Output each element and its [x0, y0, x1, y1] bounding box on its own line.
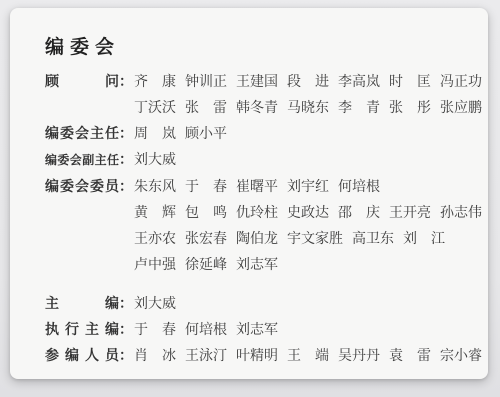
label-colon: ： — [119, 68, 134, 94]
member-name: 张 彤 — [389, 94, 431, 120]
names-group: 于 春何培根刘志军 — [134, 316, 278, 342]
member-name: 张 雷 — [185, 94, 227, 120]
member-name: 于 春 — [185, 173, 227, 199]
section: 参编人员：肖 冰王泳汀叶精明王 端吴丹丹袁 雷宗小睿 — [45, 342, 468, 368]
member-name: 刘 江 — [403, 225, 445, 251]
member-name: 刘大威 — [134, 146, 176, 172]
section-label: 参编人员 — [45, 342, 119, 368]
member-name: 肖 冰 — [134, 342, 176, 368]
names-group: 刘大威 — [134, 146, 176, 172]
member-name: 时 匡 — [389, 68, 431, 94]
section-label: 顾问 — [45, 68, 119, 94]
section: 顾问：齐 康钟训正王建国段 进李高岚时 匡冯正功丁沃沃张 雷韩冬青马晓东李 青张… — [45, 68, 468, 120]
member-name: 段 进 — [287, 68, 329, 94]
member-name: 何培根 — [338, 173, 380, 199]
member-name: 朱东风 — [134, 173, 176, 199]
member-name: 何培根 — [185, 316, 227, 342]
section: 执行主编：于 春何培根刘志军 — [45, 316, 468, 342]
member-name: 王建国 — [236, 68, 278, 94]
section-label: 主编 — [45, 290, 119, 316]
member-name: 冯正功 — [440, 68, 482, 94]
member-name: 陶伯龙 — [236, 225, 278, 251]
member-name: 王 端 — [287, 342, 329, 368]
member-row: 编委会委员：朱东风于 春崔曙平刘宇红何培根 — [45, 173, 468, 199]
member-name: 叶精明 — [236, 342, 278, 368]
member-row: 参编人员：肖 冰王泳汀叶精明王 端吴丹丹袁 雷宗小睿 — [45, 342, 468, 368]
section: 编委会委员：朱东风于 春崔曙平刘宇红何培根黄 辉包 鸣仇玲柱史政达邵 庆王开亮孙… — [45, 173, 468, 277]
member-name: 仇玲柱 — [236, 199, 278, 225]
label-colon: ： — [119, 120, 134, 146]
section: 编委会副主任：刘大威 — [45, 146, 468, 173]
member-name: 包 鸣 — [185, 199, 227, 225]
names-group: 王亦农张宏春陶伯龙宇文家胜高卫东刘 江 — [134, 225, 445, 251]
member-name: 袁 雷 — [389, 342, 431, 368]
member-name: 刘志军 — [236, 316, 278, 342]
member-name: 宇文家胜 — [287, 225, 343, 251]
names-group: 黄 辉包 鸣仇玲柱史政达邵 庆王开亮孙志伟 — [134, 199, 482, 225]
member-name: 钟训正 — [185, 68, 227, 94]
page-title: 编委会 — [45, 32, 468, 59]
member-row: 顾问：齐 康钟训正王建国段 进李高岚时 匡冯正功 — [45, 68, 468, 94]
member-name: 韩冬青 — [236, 94, 278, 120]
member-name: 徐延峰 — [185, 251, 227, 277]
member-name: 王亦农 — [134, 225, 176, 251]
names-group: 肖 冰王泳汀叶精明王 端吴丹丹袁 雷宗小睿 — [134, 342, 482, 368]
member-row: 丁沃沃张 雷韩冬青马晓东李 青张 彤张应鹏 — [45, 94, 468, 120]
sections: 顾问：齐 康钟训正王建国段 进李高岚时 匡冯正功丁沃沃张 雷韩冬青马晓东李 青张… — [45, 68, 468, 368]
label-colon: ： — [119, 342, 134, 368]
member-row: 编委会副主任：刘大威 — [45, 146, 468, 173]
member-name: 李 青 — [338, 94, 380, 120]
member-row: 编委会主任：周 岚顾小平 — [45, 120, 468, 146]
member-row: 卢中强徐延峰刘志军 — [45, 251, 468, 277]
label-colon: ： — [119, 290, 134, 316]
section-label: 执行主编 — [45, 316, 119, 342]
member-row: 主编：刘大威 — [45, 290, 468, 316]
label-colon: ： — [119, 316, 134, 342]
member-name: 丁沃沃 — [134, 94, 176, 120]
names-group: 丁沃沃张 雷韩冬青马晓东李 青张 彤张应鹏 — [134, 94, 482, 120]
names-group: 朱东风于 春崔曙平刘宇红何培根 — [134, 173, 380, 199]
member-row: 执行主编：于 春何培根刘志军 — [45, 316, 468, 342]
member-name: 宗小睿 — [440, 342, 482, 368]
document-card: 编委会 顾问：齐 康钟训正王建国段 进李高岚时 匡冯正功丁沃沃张 雷韩冬青马晓东… — [10, 8, 488, 379]
member-row: 黄 辉包 鸣仇玲柱史政达邵 庆王开亮孙志伟 — [45, 199, 468, 225]
member-name: 张宏春 — [185, 225, 227, 251]
names-group: 周 岚顾小平 — [134, 120, 227, 146]
member-name: 史政达 — [287, 199, 329, 225]
member-name: 于 春 — [134, 316, 176, 342]
member-name: 齐 康 — [134, 68, 176, 94]
member-name: 高卫东 — [352, 225, 394, 251]
member-name: 吴丹丹 — [338, 342, 380, 368]
member-name: 张应鹏 — [440, 94, 482, 120]
section-label: 编委会副主任 — [45, 147, 119, 173]
member-name: 刘宇红 — [287, 173, 329, 199]
member-name: 李高岚 — [338, 68, 380, 94]
member-name: 黄 辉 — [134, 199, 176, 225]
names-group: 齐 康钟训正王建国段 进李高岚时 匡冯正功 — [134, 68, 482, 94]
member-name: 卢中强 — [134, 251, 176, 277]
member-name: 马晓东 — [287, 94, 329, 120]
member-name: 崔曙平 — [236, 173, 278, 199]
label-colon: ： — [119, 146, 134, 172]
section-label: 编委会主任 — [45, 120, 119, 146]
member-name: 刘志军 — [236, 251, 278, 277]
member-row: 王亦农张宏春陶伯龙宇文家胜高卫东刘 江 — [45, 225, 468, 251]
label-colon: ： — [119, 173, 134, 199]
section: 编委会主任：周 岚顾小平 — [45, 120, 468, 146]
section-label: 编委会委员 — [45, 173, 119, 199]
names-group: 卢中强徐延峰刘志军 — [134, 251, 278, 277]
member-name: 王泳汀 — [185, 342, 227, 368]
member-name: 刘大威 — [134, 290, 176, 316]
section: 主编：刘大威 — [45, 290, 468, 316]
member-name: 邵 庆 — [338, 199, 380, 225]
member-name: 周 岚 — [134, 120, 176, 146]
member-name: 王开亮 — [389, 199, 431, 225]
names-group: 刘大威 — [134, 290, 176, 316]
member-name: 孙志伟 — [440, 199, 482, 225]
member-name: 顾小平 — [185, 120, 227, 146]
